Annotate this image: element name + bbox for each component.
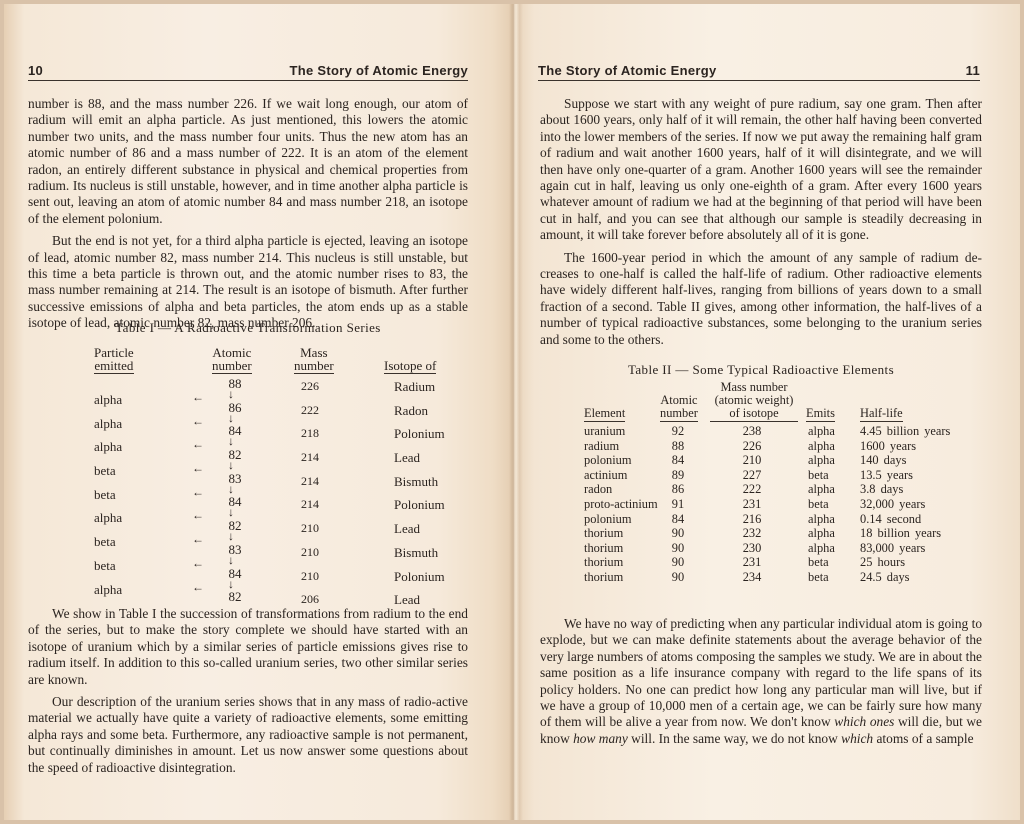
- table-row: 83210Bismuthbeta←↓: [74, 542, 454, 566]
- mass-number: 210: [290, 569, 330, 584]
- atomic-number: 84: [220, 494, 250, 510]
- table1-header: Particle emitted Atomic number Mass numb…: [74, 336, 454, 376]
- atomic-number: 86: [668, 482, 688, 497]
- table2-title: Table II — Some Typical Radioactive Elem…: [540, 362, 982, 378]
- mass-number: 222: [290, 403, 330, 418]
- right-bottom-text: We have no way of predicting when any pa…: [540, 616, 982, 753]
- atomic-number: 82: [220, 447, 250, 463]
- isotope-name: Polonium: [394, 497, 445, 513]
- isotope-name: Radium: [394, 379, 435, 395]
- left-running-head: 10 The Story of Atomic Energy: [28, 58, 468, 81]
- table-row: thorium90234beta24.5 days: [582, 570, 982, 585]
- right-running-head: The Story of Atomic Energy 11: [538, 58, 980, 81]
- table-row: 84218Poloniumalpha←↓: [74, 423, 454, 447]
- element-name: thorium: [584, 570, 623, 585]
- table-row: 86222Radonalpha←↓: [74, 400, 454, 424]
- atomic-number: 92: [668, 424, 688, 439]
- text-run: will. In the same way, we do not know: [628, 731, 841, 746]
- atomic-number: 90: [668, 526, 688, 541]
- paragraph: The 1600-year period in which the amount…: [540, 250, 982, 348]
- mass-number: 210: [290, 545, 330, 560]
- header-atomic: Atomic number: [212, 346, 252, 374]
- paragraph: But the end is not yet, for a third alph…: [28, 233, 468, 331]
- element-name: proto-actinium: [584, 497, 658, 512]
- isotope-name: Lead: [394, 450, 420, 466]
- table-row: polonium84210alpha140 days: [582, 453, 982, 468]
- atomic-number: 90: [668, 555, 688, 570]
- atomic-number: 84: [668, 512, 688, 527]
- table1: Particle emitted Atomic number Mass numb…: [74, 336, 454, 613]
- isotope-name: Lead: [394, 521, 420, 537]
- table1-body: 88226Radiumalpha←↓86222Radonalpha←↓84218…: [74, 376, 454, 613]
- header-line: number: [294, 359, 334, 372]
- header-element: Element: [584, 407, 625, 422]
- atomic-number: 84: [220, 566, 250, 582]
- emits-type: alpha: [808, 424, 835, 439]
- table-row: radium88226alpha1600 years: [582, 439, 982, 454]
- table-row: 84214Poloniumalpha←↓: [74, 494, 454, 518]
- mass-number: 222: [732, 482, 772, 497]
- emits-type: alpha: [808, 439, 835, 454]
- emits-type: beta: [808, 555, 829, 570]
- table-row: 88226Radiumalpha←↓: [74, 376, 454, 400]
- header-line: number: [212, 359, 252, 372]
- emits-type: alpha: [808, 482, 835, 497]
- page-number: 11: [966, 63, 980, 78]
- header-line: number: [660, 407, 698, 420]
- header-line: Isotope of: [384, 359, 436, 372]
- running-head-title: The Story of Atomic Energy: [289, 63, 468, 78]
- text-run: atoms of a sample: [873, 731, 973, 746]
- element-name: polonium: [584, 512, 632, 527]
- isotope-name: Bismuth: [394, 545, 438, 561]
- table-row: actinium89227beta13.5 years: [582, 468, 982, 483]
- half-life: 18 billion years: [860, 526, 941, 541]
- atomic-number: 83: [220, 471, 250, 487]
- half-life: 0.14 second: [860, 512, 921, 527]
- emits-type: alpha: [808, 541, 835, 556]
- atomic-number: 83: [220, 542, 250, 558]
- isotope-name: Polonium: [394, 426, 445, 442]
- table2-body: uranium92238alpha4.45 billion yearsradiu…: [582, 424, 982, 585]
- emits-type: alpha: [808, 453, 835, 468]
- mass-number: 232: [732, 526, 772, 541]
- atomic-number: 82: [220, 589, 250, 605]
- emphasis: which ones: [834, 714, 894, 729]
- header-halflife: Half-life: [860, 407, 903, 422]
- emits-type: beta: [808, 468, 829, 483]
- table-row: proto-actinium91231beta32,000 years: [582, 497, 982, 512]
- header-emits: Emits: [806, 407, 835, 422]
- half-life: 3.8 days: [860, 482, 903, 497]
- table-row: thorium90231beta25 hours: [582, 555, 982, 570]
- mass-number: 238: [732, 424, 772, 439]
- isotope-name: Polonium: [394, 569, 445, 585]
- table2: Element Atomic number Mass number (atomi…: [582, 380, 982, 585]
- table-row: polonium84216alpha0.14 second: [582, 512, 982, 527]
- table-row: radon86222alpha3.8 days: [582, 482, 982, 497]
- table-row: thorium90230alpha83,000 years: [582, 541, 982, 556]
- half-life: 13.5 years: [860, 468, 913, 483]
- atomic-number: 84: [220, 423, 250, 439]
- text-run: We have no way of predicting when any pa…: [540, 616, 982, 729]
- atomic-number: 90: [668, 570, 688, 585]
- table-row: 82214Leadbeta←↓: [74, 447, 454, 471]
- table-row: uranium92238alpha4.45 billion years: [582, 424, 982, 439]
- left-bottom-text: We show in Table I the succession of tra…: [28, 606, 468, 782]
- header-atomic: Atomic number: [660, 394, 698, 422]
- mass-number: 226: [732, 439, 772, 454]
- mass-number: 210: [732, 453, 772, 468]
- table1-title: Table I — A Radioactive Transformation S…: [28, 320, 468, 336]
- page-number: 10: [28, 63, 43, 78]
- half-life: 1600 years: [860, 439, 916, 454]
- element-name: radon: [584, 482, 612, 497]
- right-top-text: Suppose we start with any weight of pure…: [540, 96, 982, 354]
- element-name: actinium: [584, 468, 627, 483]
- half-life: 32,000 years: [860, 497, 925, 512]
- mass-number: 234: [732, 570, 772, 585]
- table-row: 84210Poloniumalpha←↓: [74, 566, 454, 590]
- element-name: thorium: [584, 526, 623, 541]
- isotope-name: Radon: [394, 403, 428, 419]
- half-life: 4.45 billion years: [860, 424, 950, 439]
- paragraph: Our description of the uranium series sh…: [28, 694, 468, 776]
- half-life: 140 days: [860, 453, 906, 468]
- element-name: thorium: [584, 541, 623, 556]
- mass-number: 218: [290, 426, 330, 441]
- atomic-number: 88: [668, 439, 688, 454]
- header-line: of isotope: [710, 407, 798, 422]
- left-top-text: number is 88, and the mass number 226. I…: [28, 96, 468, 338]
- atomic-number: 88: [220, 376, 250, 392]
- mass-number: 214: [290, 474, 330, 489]
- mass-number: 226: [290, 379, 330, 394]
- header-isotope: Isotope of: [384, 359, 436, 374]
- paragraph: We have no way of predicting when any pa…: [540, 616, 982, 747]
- half-life: 25 hours: [860, 555, 905, 570]
- left-page: 10 The Story of Atomic Energy number is …: [4, 4, 514, 820]
- running-head-title: The Story of Atomic Energy: [538, 63, 717, 78]
- table-row: 83214Bismuthbeta←↓: [74, 471, 454, 495]
- emits-type: alpha: [808, 512, 835, 527]
- atomic-number: 82: [220, 518, 250, 534]
- atomic-number: 91: [668, 497, 688, 512]
- mass-number: 230: [732, 541, 772, 556]
- mass-number: 206: [290, 592, 330, 607]
- mass-number: 214: [290, 450, 330, 465]
- paragraph: We show in Table I the succession of tra…: [28, 606, 468, 688]
- mass-number: 214: [290, 497, 330, 512]
- atomic-number: 86: [220, 400, 250, 416]
- emphasis: how many: [573, 731, 628, 746]
- atomic-number: 90: [668, 541, 688, 556]
- table2-header: Element Atomic number Mass number (atomi…: [582, 380, 982, 424]
- emphasis: which: [841, 731, 873, 746]
- mass-number: 216: [732, 512, 772, 527]
- mass-number: 227: [732, 468, 772, 483]
- element-name: uranium: [584, 424, 625, 439]
- header-mass: Mass number (atomic weight) of isotope: [710, 381, 798, 422]
- header-particle: Particle emitted: [94, 346, 134, 374]
- table-row: thorium90232alpha18 billion years: [582, 526, 982, 541]
- emits-type: beta: [808, 570, 829, 585]
- emits-type: beta: [808, 497, 829, 512]
- mass-number: 210: [290, 521, 330, 536]
- atomic-number: 84: [668, 453, 688, 468]
- element-name: thorium: [584, 555, 623, 570]
- header-mass: Mass number: [294, 346, 334, 374]
- mass-number: 231: [732, 497, 772, 512]
- element-name: polonium: [584, 453, 632, 468]
- element-name: radium: [584, 439, 619, 454]
- isotope-name: Bismuth: [394, 474, 438, 490]
- table-row: 82210Leadbeta←↓: [74, 518, 454, 542]
- header-line: emitted: [94, 359, 134, 372]
- emits-type: alpha: [808, 526, 835, 541]
- half-life: 24.5 days: [860, 570, 910, 585]
- mass-number: 231: [732, 555, 772, 570]
- paragraph: Suppose we start with any weight of pure…: [540, 96, 982, 244]
- atomic-number: 89: [668, 468, 688, 483]
- half-life: 83,000 years: [860, 541, 925, 556]
- paragraph: number is 88, and the mass number 226. I…: [28, 96, 468, 227]
